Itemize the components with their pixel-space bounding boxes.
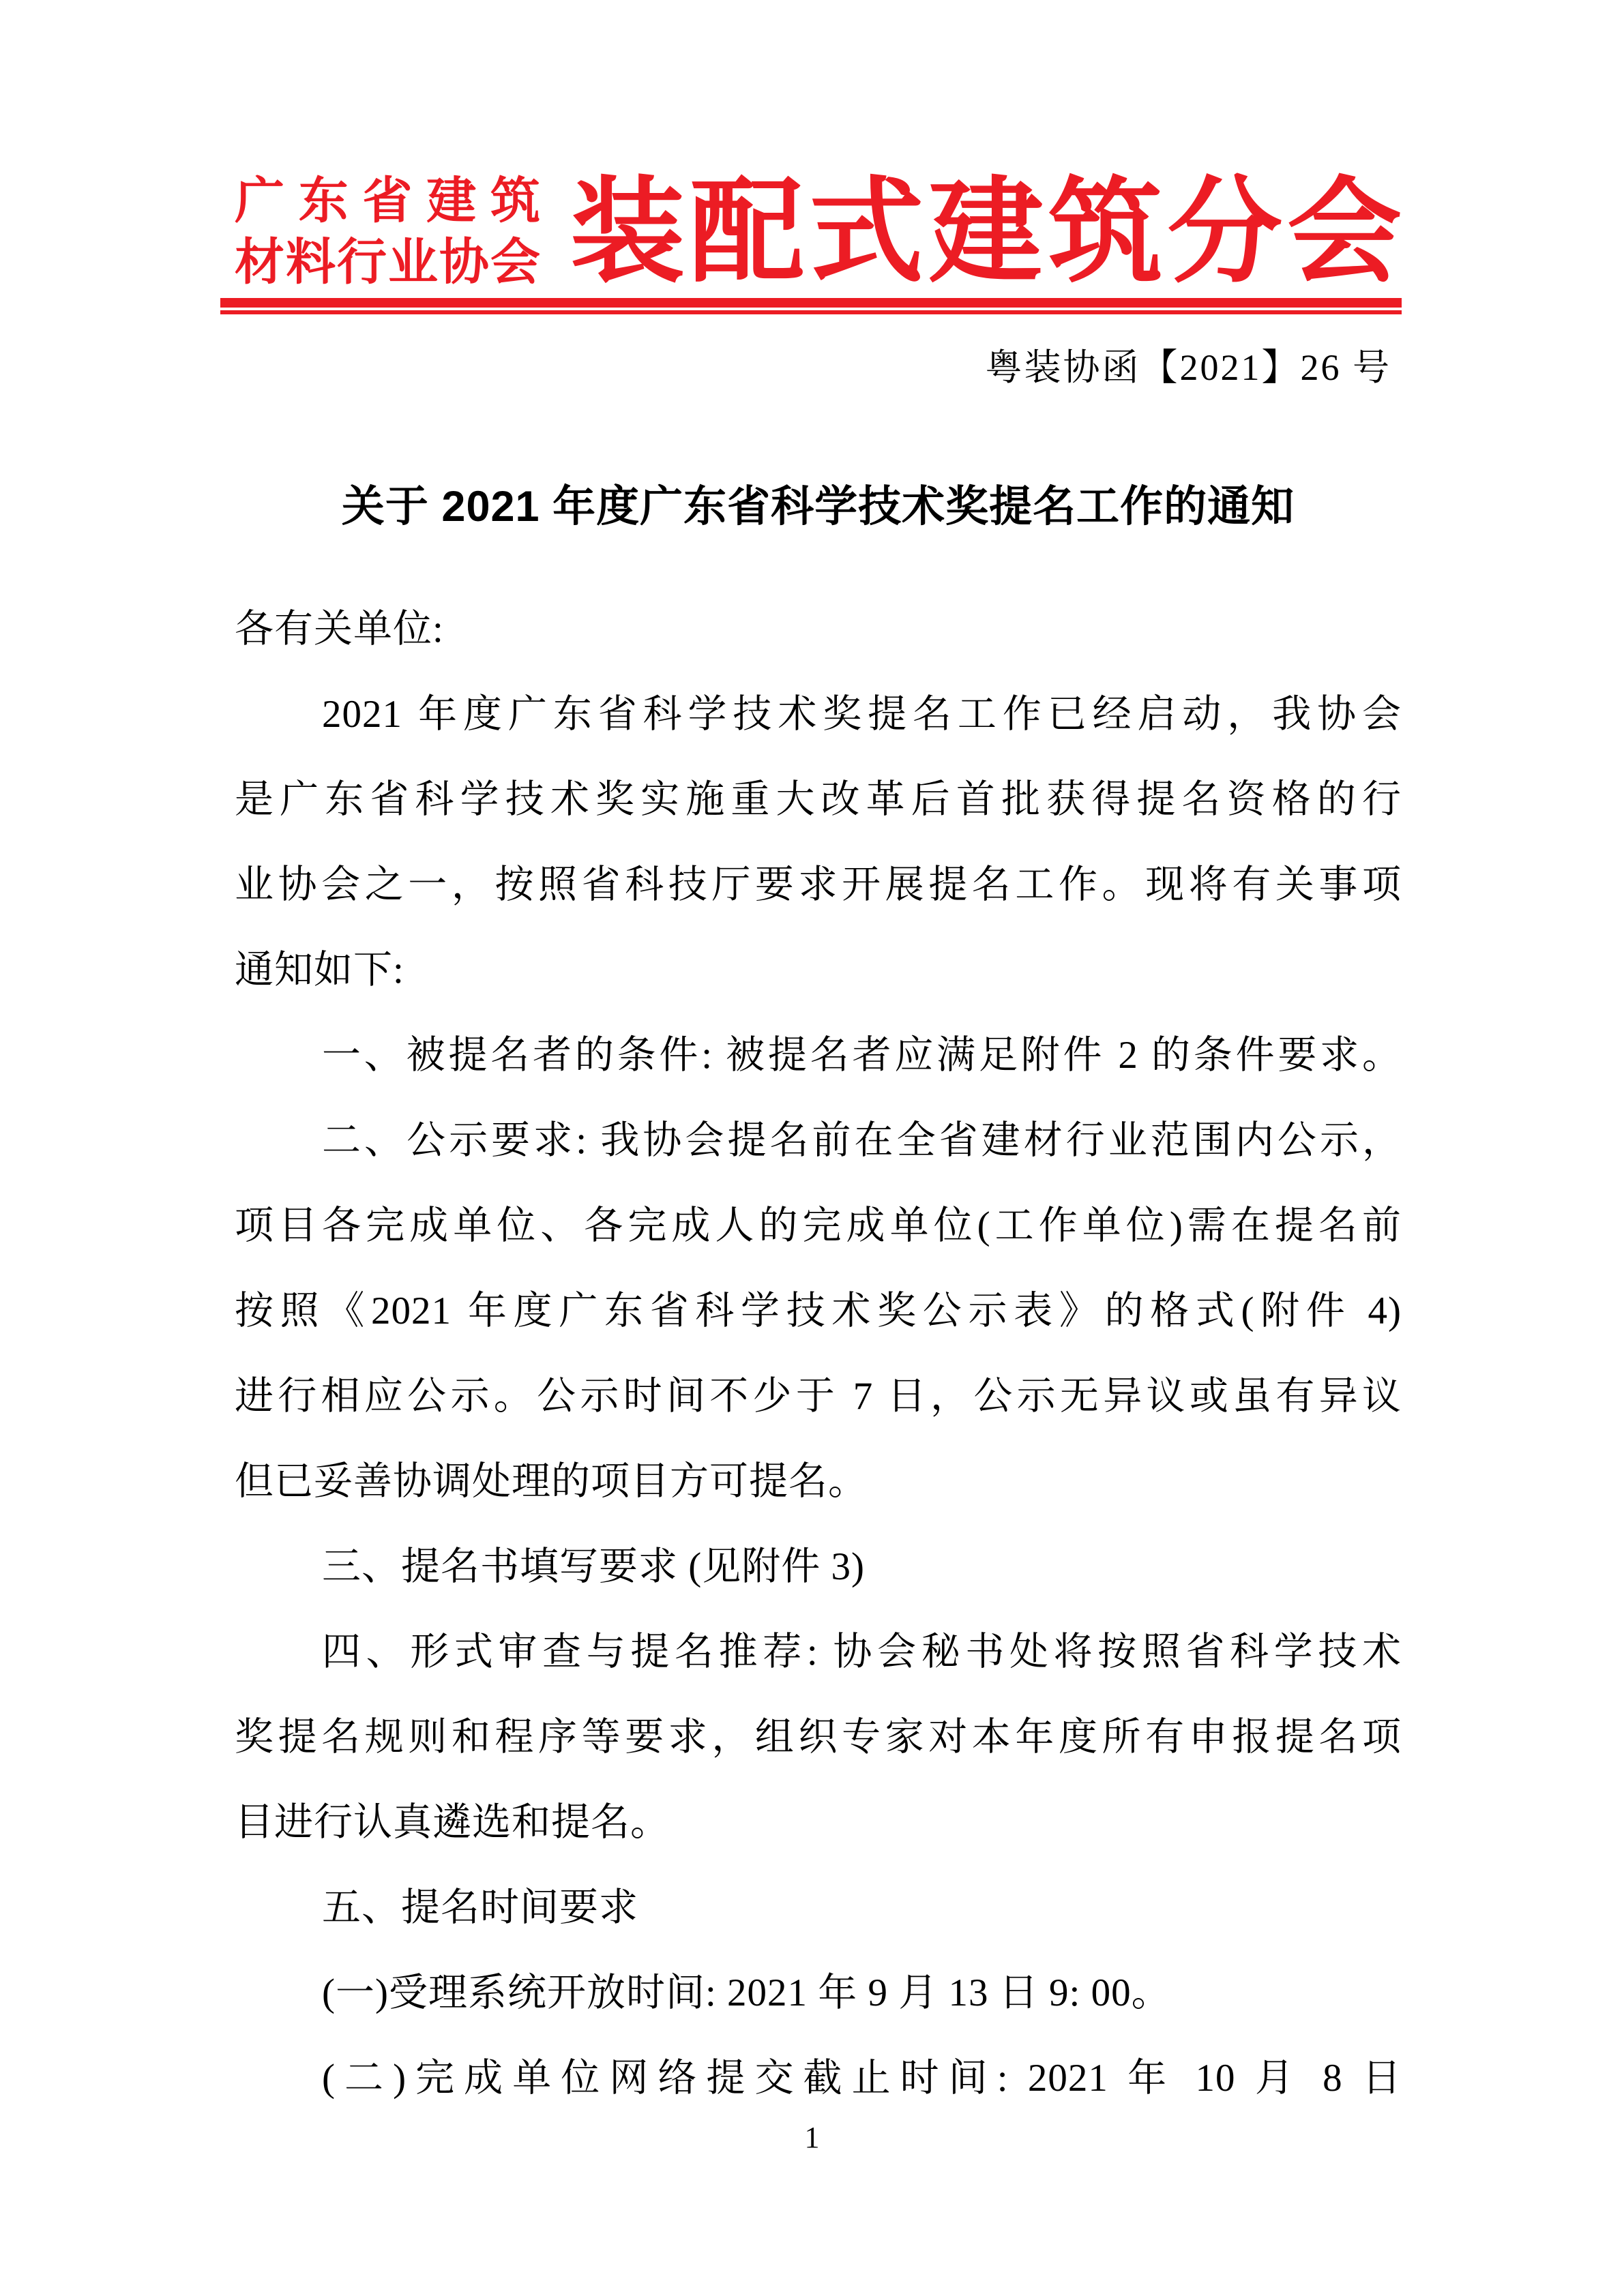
doc-number: 粤装协函【2021】26 号	[235, 346, 1391, 389]
body-line: 三、提名书填写要求 (见附件 3)	[235, 1524, 1402, 1609]
document-body: 各有关单位: 2021 年度广东省科学技术奖提名工作已经启动，我协会 是广东省科…	[235, 586, 1402, 2121]
body-line: 是广东省科学技术奖实施重大改革后首批获得提名资格的行	[235, 757, 1402, 842]
body-line: 通知如下:	[235, 927, 1402, 1013]
body-line: 四、形式审查与提名推荐: 协会秘书处将按照省科学技术	[235, 1609, 1402, 1695]
document-page: 广东省建筑 材料行业协会 装配式建筑分会 粤装协函【2021】26 号 关于 2…	[0, 0, 1624, 2296]
body-line: 但已妥善协调处理的项目方可提名。	[235, 1439, 1402, 1524]
header-rule-thin	[220, 310, 1402, 314]
body-line: 各有关单位:	[235, 586, 1402, 672]
body-line: 五、提名时间要求	[235, 1865, 1402, 1950]
org-name-line-1: 广东省建筑	[235, 170, 540, 232]
body-line: (二)完成单位网络提交截止时间: 2021 年 10 月 8 日	[235, 2036, 1402, 2121]
branch-name: 装配式建筑分会	[570, 170, 1402, 293]
body-line: 2021 年度广东省科学技术奖提名工作已经启动，我协会	[235, 672, 1402, 757]
page-number: 1	[0, 2121, 1624, 2155]
header-rule-thick	[220, 298, 1402, 308]
body-line: 项目各完成单位、各完成人的完成单位(工作单位)需在提名前	[235, 1183, 1402, 1268]
body-line: 一、被提名者的条件: 被提名者应满足附件 2 的条件要求。	[235, 1013, 1402, 1098]
org-name-line-2: 材料行业协会	[235, 232, 540, 293]
body-line: 目进行认真遴选和提名。	[235, 1780, 1402, 1865]
body-line: (一)受理系统开放时间: 2021 年 9 月 13 日 9: 00。	[235, 1950, 1402, 2036]
body-line: 奖提名规则和程序等要求，组织专家对本年度所有申报提名项	[235, 1695, 1402, 1780]
body-line: 二、公示要求: 我协会提名前在全省建材行业范围内公示，	[235, 1098, 1402, 1183]
body-line: 进行相应公示。公示时间不少于 7 日，公示无异议或虽有异议	[235, 1354, 1402, 1439]
letterhead: 广东省建筑 材料行业协会 装配式建筑分会	[235, 170, 1402, 293]
org-name: 广东省建筑 材料行业协会	[235, 170, 540, 293]
body-line: 按照《2021 年度广东省科学技术奖公示表》的格式(附件 4)	[235, 1268, 1402, 1354]
body-line: 业协会之一，按照省科技厅要求开展提名工作。现将有关事项	[235, 842, 1402, 927]
document-title: 关于 2021 年度广东省科学技术奖提名工作的通知	[235, 481, 1402, 533]
document-content: 广东省建筑 材料行业协会 装配式建筑分会 粤装协函【2021】26 号 关于 2…	[0, 0, 1624, 2121]
